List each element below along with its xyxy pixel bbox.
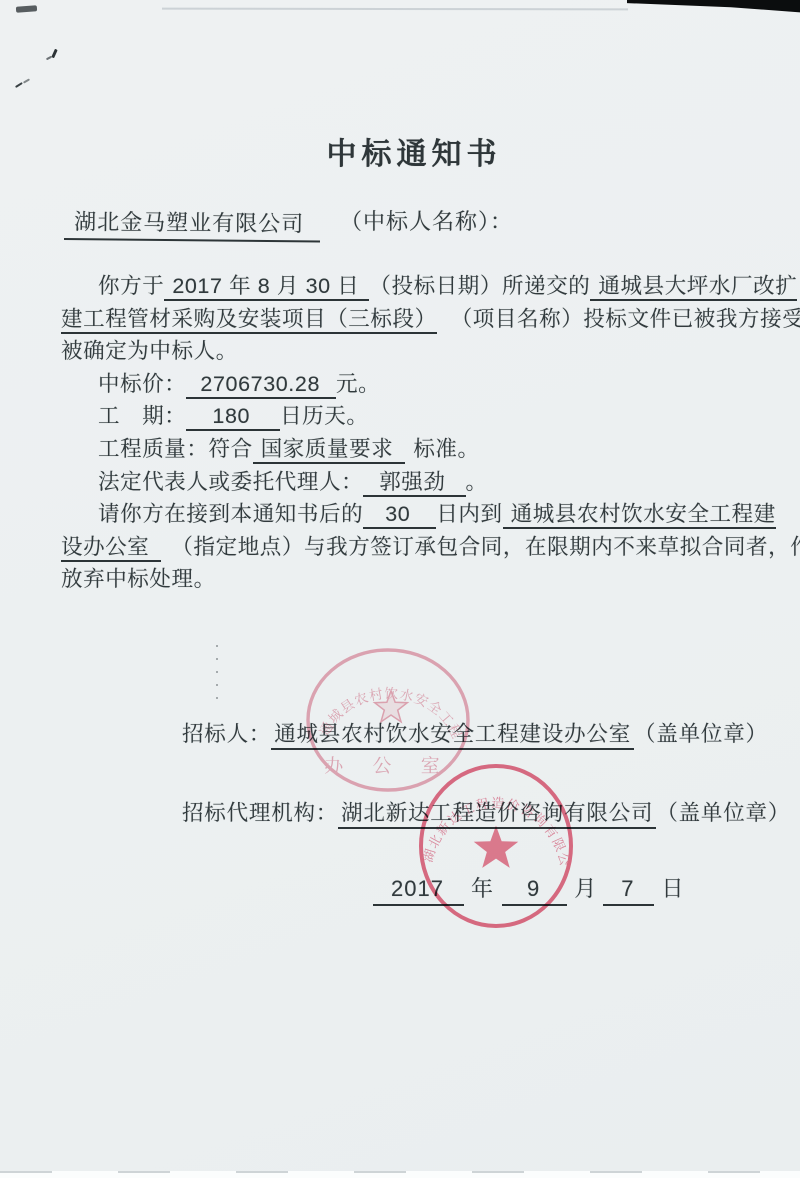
- scan-top-streak: [162, 8, 628, 10]
- body-text: 请你方在接到本通知书后的: [98, 502, 363, 526]
- representative-name: 郭强劲: [363, 470, 465, 497]
- duration-label: 工 期：: [98, 404, 186, 428]
- agency-label: 招标代理机构：: [182, 801, 338, 825]
- scanned-award-notice-page: 中标通知书 湖北金马塑业有限公司（中标人名称）： 你方于2017 年 8 月 3…: [0, 0, 800, 1178]
- body-line: 建工程管材采购及安装项目（三标段）（项目名称）投标文件已被我方接受，: [61, 303, 743, 336]
- recipient-line: 湖北金马塑业有限公司（中标人名称）：: [64, 205, 513, 240]
- body-text: （项目名称）投标文件已被我方接受，: [451, 307, 800, 331]
- price-label: 中标价：: [98, 372, 186, 396]
- winner-company-name: 湖北金马塑业有限公司: [64, 205, 320, 242]
- tenderer-label: 招标人：: [182, 722, 271, 746]
- price-unit: 元。: [336, 372, 380, 396]
- scan-ink-mark: [46, 48, 60, 64]
- star-icon: [474, 826, 519, 868]
- contract-location-part1: 通城县农村饮水安全工程建: [503, 502, 776, 529]
- winner-name-label: （中标人名称）：: [340, 209, 513, 234]
- body-line: 设办公室（指定地点）与我方签订承包合同，在限期内不来草拟合同者，作: [61, 531, 743, 564]
- official-seal-agency: 湖北新达工程造价咨询有限公司: [416, 761, 576, 931]
- body-line: 放弃中标处理。: [61, 563, 743, 596]
- body-text: 日内到: [436, 502, 502, 526]
- date-day: 7: [603, 876, 654, 906]
- project-name-part1: 通城县大坪水厂改扩: [590, 274, 797, 301]
- date-day-unit: 日: [661, 876, 684, 901]
- bid-price-value: 2706730.28: [186, 372, 336, 399]
- scan-ink-mark: [14, 79, 32, 91]
- scan-corner-shadow: [627, 0, 800, 14]
- quality-standard-value: 国家质量要求: [253, 437, 406, 464]
- duration-unit: 日历天。: [280, 404, 368, 428]
- scan-ink-dash: [16, 5, 37, 12]
- duration-value: 180: [186, 404, 280, 431]
- bid-date-value: 2017 年 8 月 30 日: [164, 274, 369, 301]
- body-line: 工 期：180日历天。: [61, 400, 743, 433]
- representative-suffix: 。: [466, 470, 488, 494]
- body-line: 你方于2017 年 8 月 30 日（投标日期）所递交的通城县大坪水厂改扩: [61, 270, 743, 303]
- body-text: （投标日期）所递交的: [369, 274, 590, 298]
- body-line: 请你方在接到本通知书后的30日内到通城县农村饮水安全工程建: [61, 498, 743, 531]
- body-text: （指定地点）与我方签订承包合同，在限期内不来草拟合同者，作: [171, 535, 800, 559]
- project-name-part2: 建工程管材采购及安装项目（三标段）: [61, 307, 437, 334]
- document-title: 中标通知书: [0, 129, 800, 173]
- seal-ring-text: 通城县农村饮水安全工程建设: [304, 644, 465, 742]
- contract-location-part2: 设办公室: [61, 535, 161, 562]
- body-text: 你方于: [98, 274, 164, 298]
- scan-dotted-artifact: [216, 645, 218, 703]
- body-line: 中标价：2706730.28元。: [61, 368, 743, 401]
- date-month-unit: 月: [574, 876, 597, 901]
- body-line: 工程质量：符合国家质量要求标准。: [61, 433, 743, 466]
- tenderer-line: 招标人：通城县农村饮水安全工程建设办公室（盖单位章）: [182, 717, 768, 748]
- quality-suffix: 标准。: [413, 437, 479, 461]
- deadline-days-value: 30: [363, 502, 436, 529]
- notice-body: 你方于2017 年 8 月 30 日（投标日期）所递交的通城县大坪水厂改扩 建工…: [61, 270, 743, 596]
- seal-instruction: （盖单位章）: [634, 722, 768, 746]
- representative-label: 法定代表人或委托代理人：: [98, 470, 363, 494]
- quality-label: 工程质量：符合: [98, 437, 253, 461]
- body-line: 法定代表人或委托代理人：郭强劲。: [61, 466, 743, 499]
- body-line: 被确定为中标人。: [61, 335, 743, 368]
- seal-instruction: （盖单位章）: [656, 801, 790, 825]
- scan-bottom-edge: [0, 1171, 800, 1178]
